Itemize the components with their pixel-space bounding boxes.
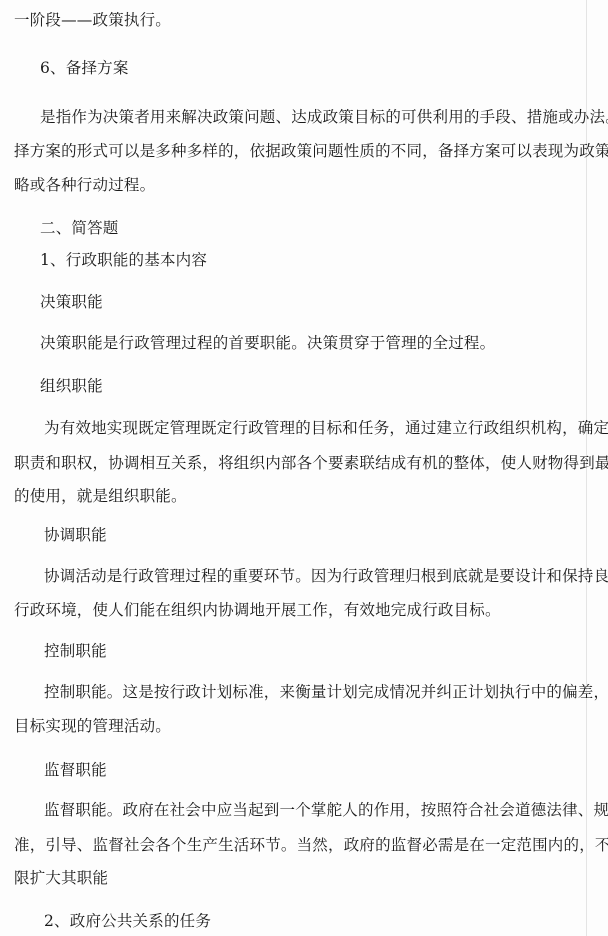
text-line-continuation: 一阶段——政策执行。 xyxy=(14,10,171,30)
subheading-coordination-function: 协调职能 xyxy=(44,525,107,545)
paragraph-line: 择方案的形式可以是多种多样的，依据政策问题性质的不同，备择方案可以表现为政策、策 xyxy=(14,141,608,161)
paragraph-line: 准，引导、监督社会各个生产生活环节。当然，政府的监督必需是在一定范围内的，不能无 xyxy=(14,835,608,855)
question-heading-1: 1、行政职能的基本内容 xyxy=(40,250,207,270)
subheading-organization-function: 组织职能 xyxy=(40,376,103,396)
paragraph-line: 行政环境，使人们能在组织内协调地开展工作，有效地完成行政目标。 xyxy=(14,600,501,620)
subheading-decision-function: 决策职能 xyxy=(40,292,103,312)
paragraph-line: 为有效地实现既定管理既定行政管理的目标和任务，通过建立行政组织机构，确定职位， xyxy=(44,418,608,438)
subheading-control-function: 控制职能 xyxy=(44,641,107,661)
heading-alternative-plan: 6、备择方案 xyxy=(40,58,129,78)
paragraph-line: 的使用，就是组织职能。 xyxy=(14,486,187,506)
paragraph-line: 决策职能是行政管理过程的首要职能。决策贯穿于管理的全过程。 xyxy=(40,333,495,353)
paragraph-line: 协调活动是行政管理过程的重要环节。因为行政管理归根到底就是要设计和保持良好的 xyxy=(44,566,608,586)
section-heading-short-answer: 二、简答题 xyxy=(40,218,119,238)
paragraph-line: 职责和职权，协调相互关系，将组织内部各个要素联结成有机的整体，使人财物得到最合理 xyxy=(14,453,608,473)
paragraph-line: 监督职能。政府在社会中应当起到一个掌舵人的作用，按照符合社会道德法律、规范标 xyxy=(44,800,608,820)
paragraph-line: 目标实现的管理活动。 xyxy=(14,716,171,736)
document-page: 一阶段——政策执行。 6、备择方案 是指作为决策者用来解决政策问题、达成政策目标… xyxy=(0,0,608,936)
paragraph-line: 是指作为决策者用来解决政策问题、达成政策目标的可供利用的手段、措施或办法。备 xyxy=(40,107,608,127)
question-heading-2: 2、政府公共关系的任务 xyxy=(44,911,211,931)
subheading-supervision-function: 监督职能 xyxy=(44,760,107,780)
paragraph-line: 略或各种行动过程。 xyxy=(14,175,155,195)
paragraph-line: 限扩大其职能 xyxy=(14,868,108,888)
paragraph-line: 控制职能。这是按行政计划标准，来衡量计划完成情况并纠正计划执行中的偏差，确保 xyxy=(44,682,608,702)
